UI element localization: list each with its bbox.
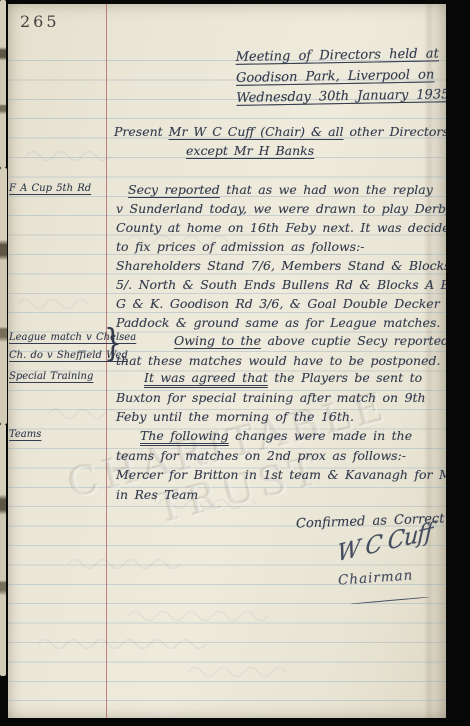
minute-special-training: It was agreed that the Players be sent t… [116, 368, 446, 427]
margin-note-teams: Teams [9, 426, 115, 444]
margin-note-fa-cup: F A Cup 5th Rd [9, 180, 115, 198]
margin-note-line: Special Training [9, 368, 115, 386]
page-number: 265 [20, 12, 60, 31]
minute-line: Mercer for Britton in 1st team & Kavanag… [116, 465, 446, 485]
minute-line: Buxton for special training after match … [116, 388, 446, 408]
photograph-frame: CHARITABLE TRUST 265 Meeting of Director… [0, 0, 470, 726]
minute-line: teams for matches on 2nd prox as follows… [116, 446, 446, 466]
minute-line: Paddock & ground same as for League matc… [116, 313, 446, 332]
margin-note-line: F A Cup 5th Rd [9, 180, 115, 198]
minute-line: to fix prices of admission as follows:- [116, 237, 446, 256]
minute-line: v Sunderland today, we were drawn to pla… [116, 199, 446, 218]
minute-line: The following changes were made in the [116, 426, 446, 446]
minute-postponements: Owing to the above cuptie Secy reported … [116, 331, 446, 370]
minute-line: County at home on 16th Feby next. It was… [116, 218, 446, 237]
page-edge-fragment [0, 0, 6, 168]
heading-line-3: Wednesday 30th January 1935. [236, 85, 446, 109]
attendance-line-1: Present Mr W C Cuff (Chair) & all other … [114, 122, 446, 141]
minute-line: Secy reported that as we had won the rep… [116, 180, 446, 199]
minute-line: in Res Team [116, 485, 446, 505]
margin-note-line: League match v Chelsea [9, 329, 115, 347]
margin-note-postponements: League match v Chelsea Ch. do v Sheffiel… [9, 329, 115, 365]
margin-note-line: Ch. do v Sheffield Wed [9, 347, 115, 365]
attendance: Present Mr W C Cuff (Chair) & all other … [114, 122, 446, 160]
minute-line: It was agreed that the Players be sent t… [116, 368, 446, 388]
minute-book-page: CHARITABLE TRUST 265 Meeting of Director… [8, 4, 446, 718]
margin-note-line: Teams [9, 426, 115, 444]
minute-line: 5/. North & South Ends Bullens Rd & Bloc… [116, 275, 446, 294]
minute-line: Shareholders Stand 7/6, Members Stand & … [116, 256, 446, 275]
minute-teams: The following changes were made in the t… [116, 426, 446, 504]
minute-line: Feby until the morning of the 16th. [116, 407, 446, 427]
margin-note-special-training: Special Training [9, 368, 115, 386]
meeting-heading: Meeting of Directors held at Goodison Pa… [235, 44, 446, 109]
page-edge-fragment [0, 424, 6, 676]
minute-line: Owing to the above cuptie Secy reported [116, 331, 446, 351]
attendance-line-2: except Mr H Banks [114, 141, 446, 160]
page-edge-fragment [0, 168, 7, 424]
minute-line: G & K. Goodison Rd 3/6, & Goal Double De… [116, 294, 446, 313]
minute-fa-cup: Secy reported that as we had won the rep… [116, 180, 446, 332]
